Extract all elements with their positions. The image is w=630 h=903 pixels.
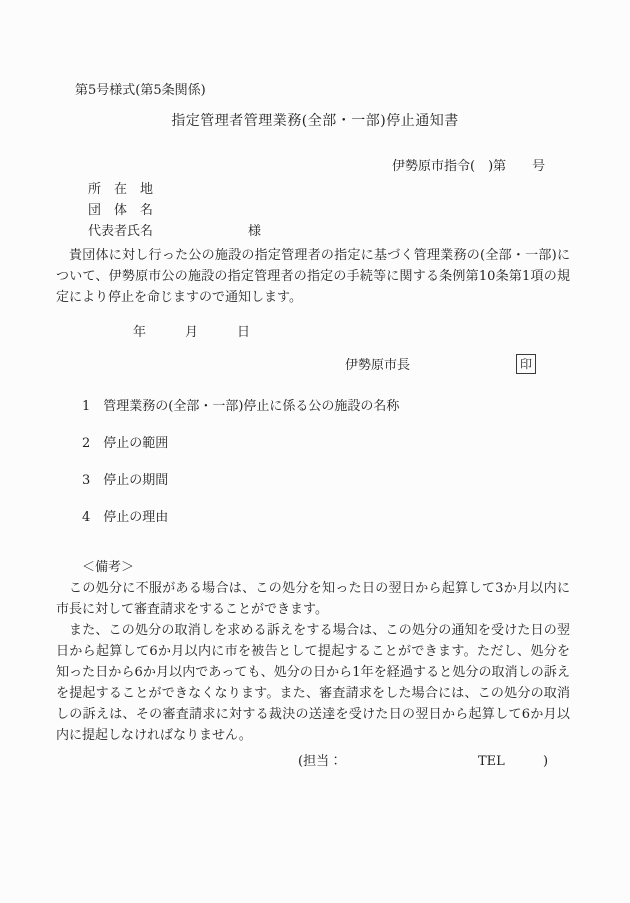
notice-body-paragraph: 貴団体に対し行った公の施設の指定管理者の指定に基づく管理業務の(全部・一部)につ… xyxy=(56,245,570,308)
date-line: 年 月 日 xyxy=(133,322,250,343)
directive-number-line: 伊勢原市指令( )第 号 xyxy=(392,156,545,177)
document-page: 第5号様式(第5条関係) 指定管理者管理業務(全部・一部)停止通知書 伊勢原市指… xyxy=(0,0,630,903)
footer-contact-label: (担当： xyxy=(298,751,342,772)
remarks-paragraph-appeal: この処分に不服がある場合は、この処分を知った日の翌日から起算して3か月以内に市長… xyxy=(56,578,570,620)
footer-close-paren: ) xyxy=(543,751,548,772)
document-title: 指定管理者管理業務(全部・一部)停止通知書 xyxy=(0,111,630,132)
addressee-organization-label: 団 体 名 xyxy=(88,200,153,221)
list-item-suspension-period: 3 停止の期間 xyxy=(82,470,572,491)
list-item-suspension-reason: 4 停止の理由 xyxy=(82,507,572,528)
seal-placeholder: 印 xyxy=(516,354,536,374)
addressee-honorific: 様 xyxy=(248,221,261,242)
list-item-suspension-scope: 2 停止の範囲 xyxy=(82,433,572,454)
addressee-representative-label: 代表者氏名 xyxy=(88,221,153,242)
addressee-address-label: 所 在 地 xyxy=(88,179,153,200)
issuer-title: 伊勢原市長 xyxy=(345,355,410,376)
remarks-heading: ＜備考＞ xyxy=(82,557,134,578)
form-number-label: 第5号様式(第5条関係) xyxy=(75,80,206,101)
footer-tel-label: TEL xyxy=(478,751,505,772)
remarks-paragraph-lawsuit: また、この処分の取消しを求める訴えをする場合は、この処分の通知を受けた日の翌日か… xyxy=(56,620,570,746)
list-item-facility-name: 1 管理業務の(全部・一部)停止に係る公の施設の名称 xyxy=(82,396,572,417)
